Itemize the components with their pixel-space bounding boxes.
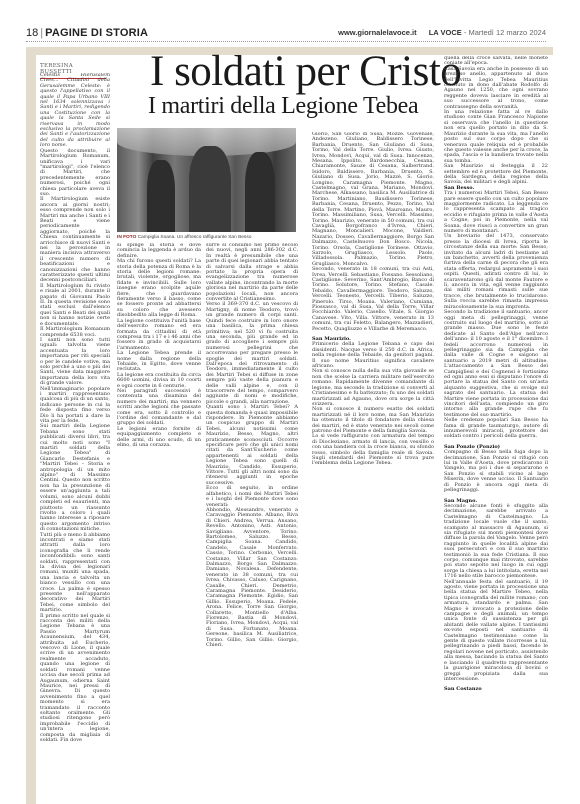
paragraph: Primicerio della Legione Tebana e capo d… bbox=[312, 342, 434, 369]
paragraph: San Maurizio si festeggia il 22 settembr… bbox=[444, 164, 548, 186]
paragraph: Quanti sono i Martiri Tebei? A questa do… bbox=[206, 405, 298, 486]
column-4: Giorio, San Giorio di Susa, Mozzè. Giove… bbox=[312, 132, 434, 772]
photo-figure-pieta bbox=[189, 146, 231, 232]
masthead-info: www.giornalelavoce.it LA VOCE - Martedì … bbox=[338, 28, 546, 37]
paragraph: Le legioni erano fornite di equipaggiame… bbox=[117, 427, 201, 449]
paragraph: Nell'annuale festa del santuario, il 19 … bbox=[444, 580, 548, 683]
column-3: surre si consumò nel primo secolo dei nu… bbox=[206, 243, 298, 773]
paragraph: Il primo scritto nel quale si racconta d… bbox=[40, 614, 110, 744]
paragraph: In una relazione fatta al re dallo studi… bbox=[444, 110, 548, 164]
photo-figure-monk bbox=[147, 160, 175, 232]
paragraph: Non si conosce nulla della sua vita giov… bbox=[312, 369, 434, 407]
paragraph: Compagno di Besso nella fuga dopo la dec… bbox=[444, 450, 548, 493]
paragraph: Il Martirologium fu rivisto e risale al … bbox=[40, 284, 110, 327]
paragraph: si spinge la storia e dove comincia la l… bbox=[117, 243, 201, 259]
section-title: PAGINE DI STORIA bbox=[45, 27, 148, 39]
paragraph: Secondo alcune fonti è sfuggito alla dec… bbox=[444, 504, 548, 580]
paragraph: Giorio, San Giorio di Susa, Mozzè. Giove… bbox=[312, 132, 434, 267]
caption-label: IN FOTO bbox=[117, 235, 136, 240]
paragraph: Tra i numerosi Martiri Tebei, San Besso … bbox=[444, 191, 548, 234]
paragraph: La legione era costituita da circa 6600 … bbox=[117, 373, 201, 389]
photo-figure-soldier bbox=[245, 152, 275, 232]
page-header: 18|PAGINE DI STORIA www.giornalelavoce.i… bbox=[26, 27, 546, 42]
headline: I soldati per Cristo bbox=[150, 50, 420, 94]
paragraph: Tutti più o meno li abbiamo incontrati e… bbox=[40, 533, 110, 614]
subheadline: I martiri della Legione Tebea bbox=[148, 92, 428, 120]
paragraph: La legione costituiva l'unità base dell'… bbox=[117, 319, 201, 351]
issue-date: - Martedì 12 marzo 2024 bbox=[464, 28, 546, 37]
paper-name: LA VOCE bbox=[429, 28, 462, 37]
paragraph: I santi non sono tutti uguali: talvolta … bbox=[40, 338, 110, 387]
column-2: si spinge la storia e dove comincia la l… bbox=[117, 243, 201, 773]
section-label: 18|PAGINE DI STORIA bbox=[26, 27, 148, 39]
website-link[interactable]: www.giornalelavoce.it bbox=[338, 28, 417, 37]
paragraph: Lo si vede raffigurato con armatura del … bbox=[312, 434, 434, 466]
paragraph: Nelle credenze popolari San Besso ha fam… bbox=[444, 418, 548, 440]
paragraph: Nei paragrafi successivi è contenuta una… bbox=[117, 389, 201, 427]
paragraph: Secondo la tradizione il santuario, anco… bbox=[444, 310, 548, 418]
paragraph: Abbondio, Alessandro, venerato a Caravag… bbox=[206, 508, 298, 649]
paragraph: Nell'immaginario popolare i martiri rapp… bbox=[40, 387, 110, 425]
paragraph: Verso il 369-370 d.C. un vescovo di Mart… bbox=[206, 302, 298, 405]
paragraph: Questo documento, il Martirologium Roman… bbox=[40, 149, 110, 198]
article-photo bbox=[117, 128, 296, 232]
paragraph: Casa Savoia era anche in possesso di un … bbox=[444, 67, 548, 110]
section-heading-san-costanzo: San Costanzo bbox=[444, 687, 548, 692]
paragraph: surre si consumò nel primo secolo dei nu… bbox=[206, 243, 298, 302]
paragraph: Celestis Hierusalem Cives... Cittadini d… bbox=[40, 73, 110, 149]
photo-caption: IN FOTO Campiglia Soana. Un affresco raf… bbox=[117, 235, 317, 240]
paragraph: Un breviario del 1473, conservato presso… bbox=[444, 234, 548, 310]
paragraph: Secondo, venerato in 18 comuni, tra cui … bbox=[312, 267, 434, 332]
paragraph: Ecco di seguito, in ordine alfabetico, i… bbox=[206, 486, 298, 508]
paragraph: Ma chi furono questi soldati? La storia … bbox=[117, 259, 201, 318]
column-1: Celestis Hierusalem Cives... Cittadini d… bbox=[40, 73, 110, 773]
paragraph: La Legione Tebea prende il nome dalla re… bbox=[117, 351, 201, 373]
page-number: 18 bbox=[26, 27, 38, 39]
caption-text: Campiglia Soana. Un affresco raffigurant… bbox=[138, 235, 252, 240]
divider: | bbox=[40, 27, 43, 39]
paragraph: Non si conosce il numero esatto dei sold… bbox=[312, 407, 434, 434]
paragraph: Il Martirologium esiste ancora ai giorni… bbox=[40, 197, 110, 284]
paragraph: Sui martiri della Legione Tebana sono st… bbox=[40, 424, 110, 532]
column-5: quella della croce salvata, nelle monete… bbox=[444, 56, 548, 788]
